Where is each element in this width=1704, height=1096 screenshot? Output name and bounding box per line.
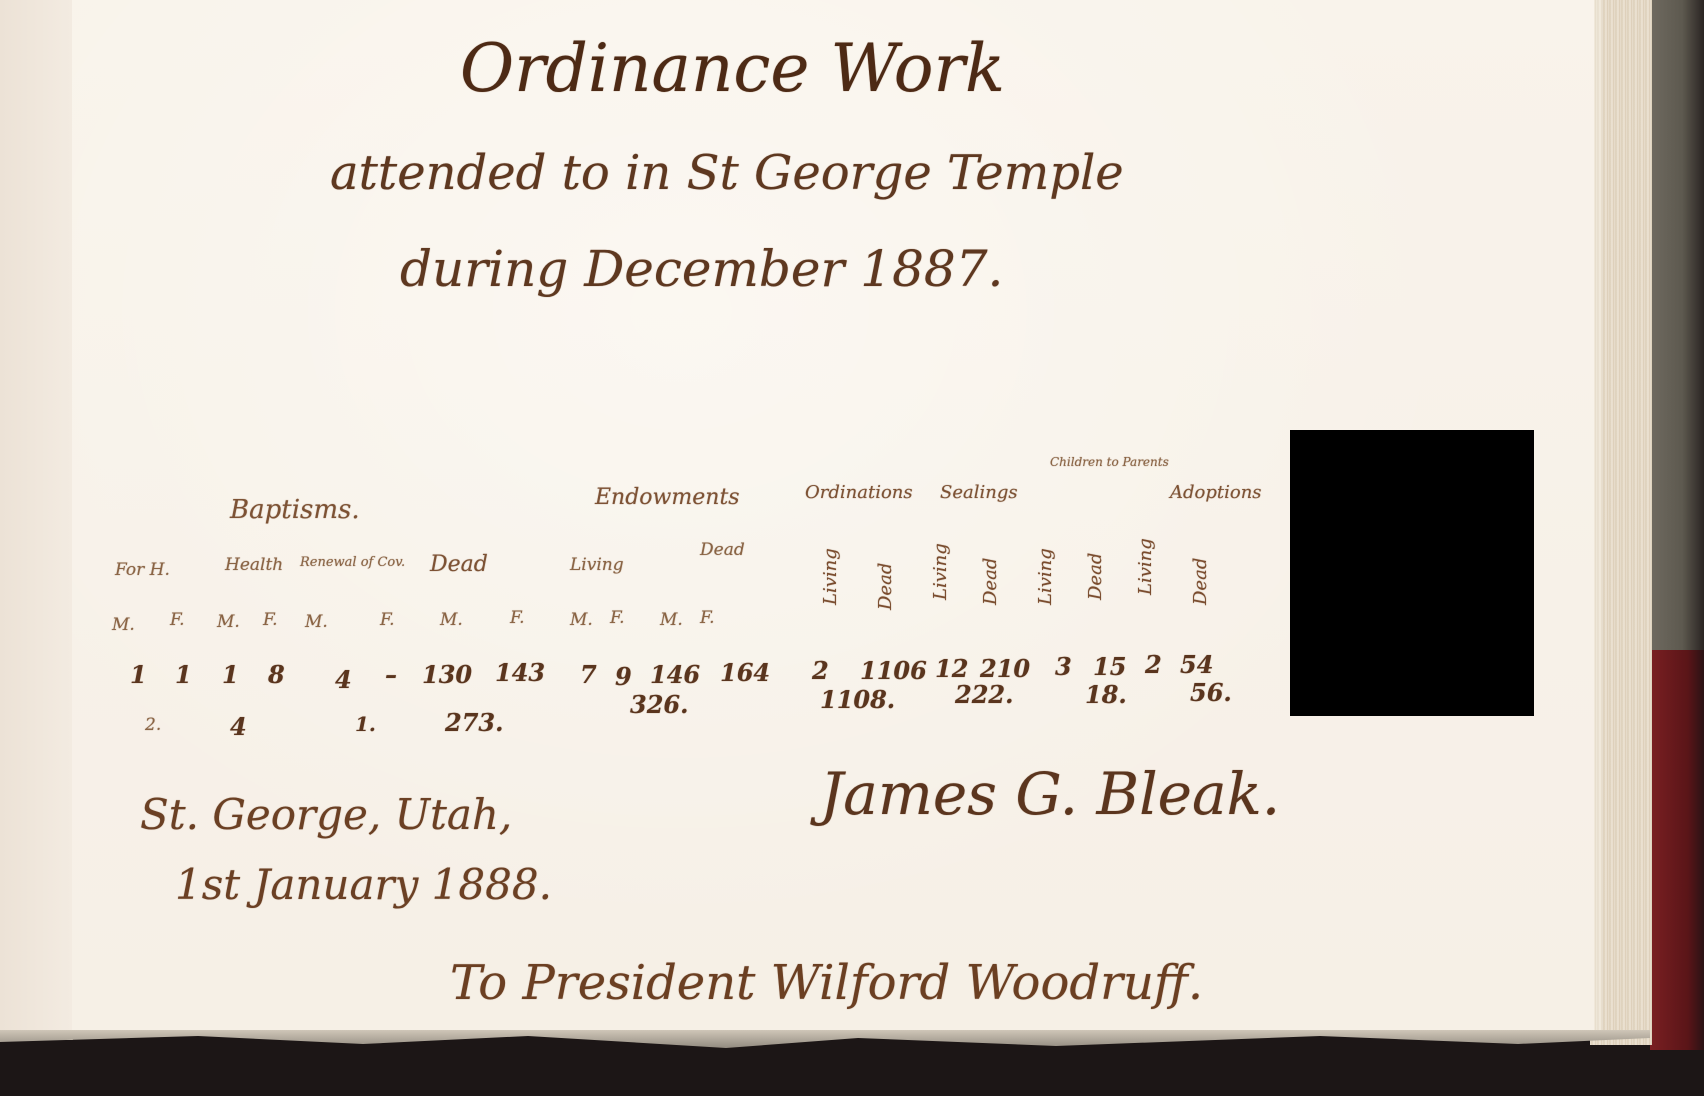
signature: James G. Bleak. (820, 760, 1280, 828)
subheader-ordinations-0: Living (820, 548, 841, 605)
total-8: 56. (1190, 678, 1232, 707)
header-children-to-parents: Children to Parents (1050, 455, 1169, 469)
place-line: St. George, Utah, (140, 790, 512, 839)
sex-5: F. (380, 610, 395, 630)
sex-8: M. (570, 610, 593, 630)
redaction-box (1290, 430, 1534, 716)
subheader-endowments-0: Living (570, 555, 624, 575)
sex-2: M. (217, 612, 240, 632)
addressee-line: To President Wilford Woodruff. (450, 955, 1203, 1011)
total-6: 222. (955, 680, 1013, 709)
value-19: 54 (1180, 650, 1213, 679)
total-5: 1108. (820, 685, 895, 714)
header-adoptions: Adoptions (1170, 482, 1262, 503)
total-2: 1. (355, 712, 376, 736)
value-14: 12 (935, 654, 968, 683)
sex-3: F. (263, 610, 278, 630)
total-4: 326. (630, 690, 688, 719)
subheader-children-0: Living (1035, 548, 1056, 605)
value-16: 3 (1055, 652, 1072, 681)
value-4: 4 (335, 665, 352, 694)
header-sealings: Sealings (940, 482, 1018, 503)
total-7: 18. (1085, 680, 1127, 709)
date-line: 1st January 1888. (175, 860, 552, 909)
subheader-sealings-1: Dead (980, 558, 1001, 605)
subheader-baptisms-2: Renewal of Cov. (300, 555, 405, 570)
value-11: 164 (720, 658, 770, 687)
value-10: 146 (650, 660, 700, 689)
value-1: 1 (175, 660, 192, 689)
sex-1: F. (170, 610, 185, 630)
subheader-baptisms-1: Health (225, 555, 283, 575)
sex-11: F. (700, 608, 715, 628)
subheader-baptisms-0: For H. (115, 560, 170, 580)
value-5: – (385, 660, 397, 689)
subheader-baptisms-3: Dead (430, 552, 488, 577)
header-ordinations: Ordinations (805, 482, 913, 503)
value-18: 2 (1145, 650, 1162, 679)
subheader-ordinations-1: Dead (875, 563, 896, 610)
document-subtitle-line2: during December 1887. (400, 240, 1003, 298)
total-3: 273. (445, 708, 503, 737)
book-cover-red-corner (1650, 650, 1704, 1050)
total-1: 4 (230, 712, 247, 741)
total-0: 2. (145, 715, 161, 735)
subheader-children-1: Dead (1085, 553, 1106, 600)
subheader-endowments-1: Dead (700, 540, 745, 560)
value-17: 15 (1093, 652, 1126, 681)
value-12: 2 (812, 656, 829, 685)
document-subtitle-line1: attended to in St George Temple (330, 145, 1124, 201)
subheader-sealings-0: Living (930, 543, 951, 600)
subheader-adoptions-1: Dead (1190, 558, 1211, 605)
value-8: 7 (580, 660, 597, 689)
value-15: 210 (980, 654, 1030, 683)
sex-4: M. (305, 612, 328, 632)
header-baptisms: Baptisms. (230, 495, 360, 525)
value-9: 9 (615, 662, 632, 691)
value-7: 143 (495, 658, 545, 687)
sex-6: M. (440, 610, 463, 630)
left-page-margin (0, 0, 73, 1040)
value-6: 130 (422, 660, 472, 689)
sex-9: F. (610, 608, 625, 628)
sex-10: M. (660, 610, 683, 630)
sex-7: F. (510, 608, 525, 628)
document-title: Ordinance Work (460, 30, 1005, 107)
subheader-adoptions-0: Living (1135, 538, 1156, 595)
value-2: 1 (222, 660, 239, 689)
value-0: 1 (130, 660, 147, 689)
sex-0: M. (112, 615, 135, 635)
value-3: 8 (268, 660, 285, 689)
value-13: 1106 (860, 656, 927, 685)
header-endowments: Endowments (595, 485, 740, 510)
